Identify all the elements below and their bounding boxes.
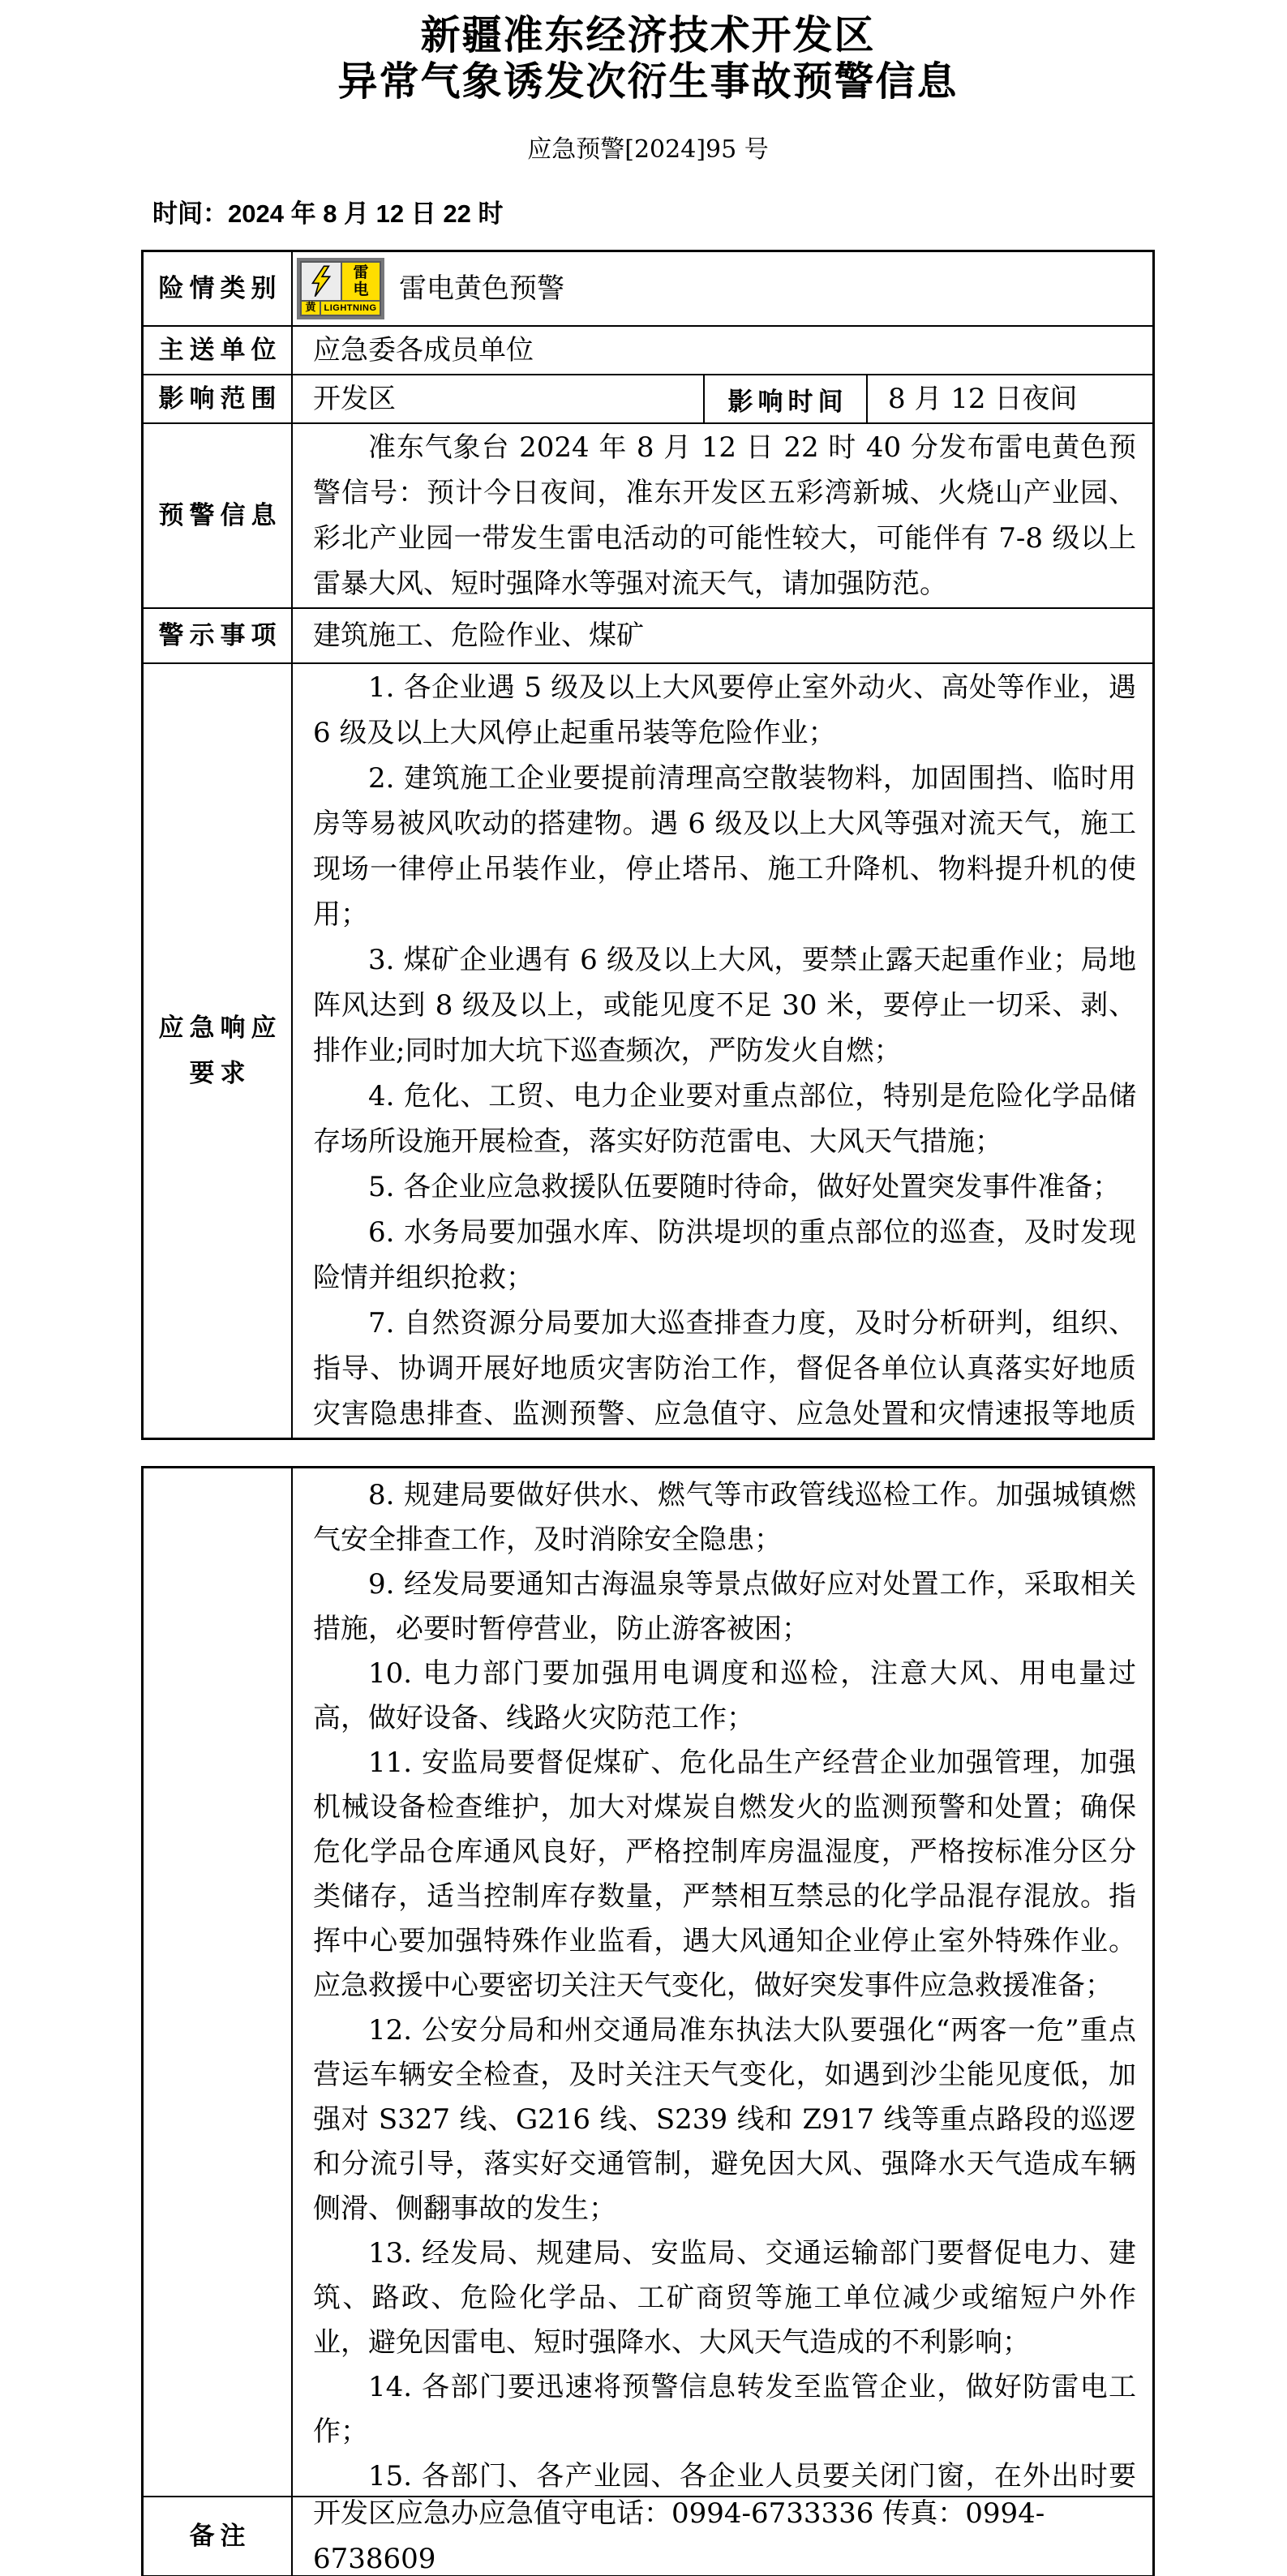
emergency-response-content-continued: 8. 规建局要做好供水、燃气等市政管线巡检工作。加强城镇燃气安全排查工作，及时消… xyxy=(293,1468,1152,2496)
warning-info-paragraph: 准东气象台 2024 年 8 月 12 日 22 时 40 分发布雷电黄色预警信… xyxy=(313,425,1136,606)
row-risk-type: 险情类别 雷 电 黄 xyxy=(144,252,1152,325)
issue-time: 时间：2024 年 8 月 12 日 22 时 xyxy=(141,199,1155,229)
response-item-6: 6. 水务局要加强水库、防洪堤坝的重点部位的巡查，及时发现险情并组织抢救； xyxy=(313,1210,1136,1301)
document-number: 应急预警[2024]95 号 xyxy=(141,136,1155,164)
response-item-2: 2. 建筑施工企业要提前清理高空散装物料，加固围挡、临时用房等易被风吹动的搭建物… xyxy=(313,756,1136,937)
warning-table-continuation: 8. 规建局要做好供水、燃气等市政管线巡检工作。加强城镇燃气安全排查工作，及时消… xyxy=(141,1466,1155,2576)
emergency-response-label-line1: 应急响应 xyxy=(153,1005,282,1051)
impact-scope-value: 开发区 xyxy=(293,375,705,422)
row-emergency-response: 应急响应 要求 1. 各企业遇 5 级及以上大风要停止室外动火、高处等作业，遇 … xyxy=(144,662,1152,1438)
risk-type-value-cell: 雷 电 黄 LIGHTNING 雷电黄色预警 xyxy=(293,252,1152,325)
row-warning-info: 预警信息 准东气象台 2024 年 8 月 12 日 22 时 40 分发布雷电… xyxy=(144,422,1152,607)
risk-type-label: 险情类别 xyxy=(144,252,293,325)
emergency-response-content: 1. 各企业遇 5 级及以上大风要停止室外动火、高处等作业，遇 6 级及以上大风… xyxy=(293,664,1152,1438)
emergency-response-label: 应急响应 要求 xyxy=(144,664,293,1438)
response-item-13: 13. 经发局、规建局、安监局、交通运输部门要督促电力、建筑、路政、危险化学品、… xyxy=(313,2231,1136,2365)
lightning-yellow-warning-icon: 雷 电 黄 LIGHTNING xyxy=(297,258,384,319)
response-item-8: 8. 规建局要做好供水、燃气等市政管线巡检工作。加强城镇燃气安全排查工作，及时消… xyxy=(313,1473,1136,1562)
warning-icon-char-dian: 电 xyxy=(353,281,368,298)
impact-scope-label: 影响范围 xyxy=(144,375,293,422)
warning-info-label: 预警信息 xyxy=(144,424,293,607)
warning-icon-top-row: 雷 电 xyxy=(302,263,380,300)
response-item-3: 3. 煤矿企业遇有 6 级及以上大风，要禁止露天起重作业；局地阵风达到 8 级及… xyxy=(313,937,1136,1074)
warning-icon-level-char: 黄 xyxy=(302,302,320,315)
impact-time-label: 影响时间 xyxy=(705,375,868,422)
remark-value: 开发区应急办应急值守电话：0994-6733336 传真：0994-673860… xyxy=(293,2497,1152,2575)
alert-items-label: 警示事项 xyxy=(144,609,293,662)
response-item-15: 15. 各部门、各产业园、各企业人员要关闭门窗，在外出时要注意安全防护，不要在广… xyxy=(313,2454,1136,2496)
document-title-line2: 异常气象诱发次衍生事故预警信息 xyxy=(141,59,1155,105)
response-item-7: 7. 自然资源分局要加大巡查排查力度，及时分析研判，组织、指导、协调开展好地质灾… xyxy=(313,1301,1136,1438)
response-item-12: 12. 公安分局和州交通局准东执法大队要强化“两客一危”重点营运车辆安全检查，及… xyxy=(313,2008,1136,2231)
emergency-response-label-line2: 要求 xyxy=(184,1051,251,1096)
row-remark: 备注 开发区应急办应急值守电话：0994-6733336 传真：0994-673… xyxy=(144,2496,1152,2575)
response-item-10: 10. 电力部门要加强用电调度和巡检，注意大风、用电量过高，做好设备、线路火灾防… xyxy=(313,1652,1136,1741)
emergency-response-label-empty xyxy=(144,1468,293,2496)
response-item-14: 14. 各部门要迅速将预警信息转发至监管企业，做好防雷电工作； xyxy=(313,2365,1136,2454)
warning-icon-english-text: LIGHTNING xyxy=(321,302,380,315)
response-item-5: 5. 各企业应急救援队伍要随时待命，做好处置突发事件准备； xyxy=(313,1164,1136,1210)
remark-label: 备注 xyxy=(144,2497,293,2575)
lightning-bolt-icon xyxy=(302,263,341,300)
warning-icon-bottom-row: 黄 LIGHTNING xyxy=(302,302,380,315)
row-emergency-response-continued: 8. 规建局要做好供水、燃气等市政管线巡检工作。加强城镇燃气安全排查工作，及时消… xyxy=(144,1468,1152,2496)
warning-info-value: 准东气象台 2024 年 8 月 12 日 22 时 40 分发布雷电黄色预警信… xyxy=(293,424,1152,607)
row-recipients: 主送单位 应急委各成员单位 xyxy=(144,325,1152,374)
warning-icon-cn-text: 雷 电 xyxy=(342,263,380,300)
alert-items-value: 建筑施工、危险作业、煤矿 xyxy=(293,609,1152,662)
document-title-line1: 新疆准东经济技术开发区 xyxy=(141,13,1155,59)
document-sheet: 新疆准东经济技术开发区 异常气象诱发次衍生事故预警信息 应急预警[2024]95… xyxy=(0,0,1287,2576)
warning-table-main: 险情类别 雷 电 黄 xyxy=(141,250,1155,1440)
recipients-value: 应急委各成员单位 xyxy=(293,327,1152,374)
response-item-1: 1. 各企业遇 5 级及以上大风要停止室外动火、高处等作业，遇 6 级及以上大风… xyxy=(313,665,1136,756)
recipients-label: 主送单位 xyxy=(144,327,293,374)
impact-time-value: 8 月 12 日夜间 xyxy=(868,375,1152,422)
response-item-11: 11. 安监局要督促煤矿、危化品生产经营企业加强管理，加强机械设备检查维护，加大… xyxy=(313,1741,1136,2008)
warning-icon-char-lei: 雷 xyxy=(353,264,368,281)
row-alert-items: 警示事项 建筑施工、危险作业、煤矿 xyxy=(144,607,1152,662)
response-item-4: 4. 危化、工贸、电力企业要对重点部位，特别是危险化学品储存场所设施开展检查，落… xyxy=(313,1074,1136,1164)
row-impact-scope: 影响范围 开发区 影响时间 8 月 12 日夜间 xyxy=(144,374,1152,422)
risk-type-value: 雷电黄色预警 xyxy=(399,266,564,311)
response-item-9: 9. 经发局要通知古海温泉等景点做好应对处置工作，采取相关措施，必要时暂停营业，… xyxy=(313,1562,1136,1652)
